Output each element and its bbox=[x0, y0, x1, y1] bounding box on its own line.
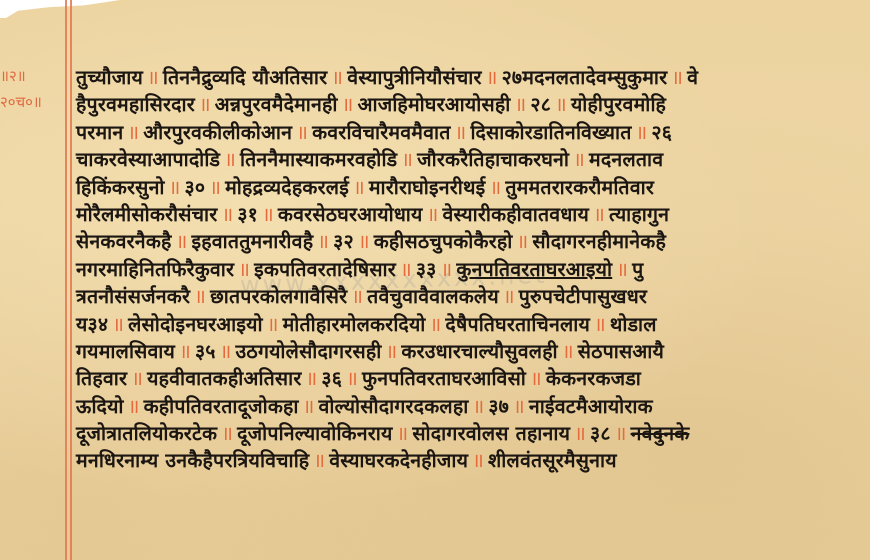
text-line: त्रतनौसंसर्जनकरै॥छातपरकोलगावैसिरै॥तवैचुव… bbox=[76, 283, 870, 310]
verse-number: ३८ bbox=[590, 422, 611, 445]
danda-mark: ॥ bbox=[351, 285, 363, 308]
danda-mark: ॥ bbox=[303, 395, 315, 418]
verse-segment: तिहवार bbox=[76, 367, 127, 390]
danda-mark: ॥ bbox=[441, 258, 453, 281]
verse-segment: फुनपतिवरताघरआविसो bbox=[362, 367, 526, 390]
text-line: नगरमाहिनितफिरैकुवार॥इकपतिवरतादेषिसार॥३३॥… bbox=[76, 256, 870, 283]
verse-segment: कवरविचारैमवमैवात bbox=[312, 121, 450, 144]
verse-segment: नगरमाहिनितफिरैकुवार bbox=[76, 258, 234, 281]
verse-segment: वेस्यापुत्रीनियौसंचार bbox=[347, 66, 482, 89]
verse-segment: तुममतरारकरौमतिवार bbox=[505, 176, 654, 199]
verse-segment: त्याहागुन bbox=[609, 203, 669, 226]
danda-mark: ॥ bbox=[313, 449, 325, 472]
danda-mark: ॥ bbox=[317, 230, 329, 253]
verse-segment: थोडाल bbox=[610, 313, 657, 336]
verse-segment: मदनलताव bbox=[589, 148, 663, 171]
verse-segment: औरपुरवकीलीकोआन bbox=[143, 121, 292, 144]
verse-segment: यहवीवातकहीअतिसार bbox=[147, 367, 301, 390]
danda-mark: ॥ bbox=[486, 66, 498, 89]
text-line: हिकिंकरसुनो॥३०॥मोहद्रव्यदेहकरलई॥मारौराघो… bbox=[76, 174, 870, 201]
verse-segment: वे bbox=[687, 66, 698, 89]
verse-segment: दूजोपनिल्यावोकिनराय bbox=[237, 422, 392, 445]
danda-mark: ॥ bbox=[615, 422, 627, 445]
danda-mark: ॥ bbox=[179, 340, 191, 363]
danda-mark: ॥ bbox=[220, 340, 232, 363]
verse-segment: परमान bbox=[76, 121, 123, 144]
danda-mark: ॥ bbox=[636, 121, 648, 144]
struck-segment: नवेदुनके bbox=[631, 422, 690, 445]
verse-segment: इहवाततुमनारीवहै bbox=[191, 230, 313, 253]
verse-segment: आजहिमोघरआयोसही bbox=[358, 93, 511, 116]
verse-segment: मोरैलमीसोकरौसंचार bbox=[76, 203, 217, 226]
margin-rule-left bbox=[65, 0, 67, 560]
verse-segment: इकपतिवरतादेषिसार bbox=[254, 258, 396, 281]
danda-mark: ॥ bbox=[238, 258, 250, 281]
danda-mark: ॥ bbox=[455, 121, 467, 144]
verse-segment: करउधारचाल्यौसुवलही bbox=[401, 340, 557, 363]
danda-mark: ॥ bbox=[427, 203, 439, 226]
danda-mark: ॥ bbox=[221, 203, 233, 226]
verse-segment: तुच्यौजाय bbox=[76, 66, 143, 89]
folio-number-note: ॥२॥ bbox=[0, 66, 26, 86]
verse-segment: त्रतनौसंसर्जनकरै bbox=[76, 285, 190, 308]
verse-segment: वेस्याघरकदेनहीजाय bbox=[329, 449, 468, 472]
danda-mark: ॥ bbox=[147, 66, 159, 89]
danda-mark: ॥ bbox=[346, 367, 358, 390]
danda-mark: ॥ bbox=[209, 176, 221, 199]
verse-segment: हिकिंकरसुनो bbox=[76, 176, 165, 199]
verse-segment: सेठपासआयै bbox=[578, 340, 664, 363]
danda-mark: ॥ bbox=[593, 203, 605, 226]
verse-segment: छातपरकोलगावैसिरै bbox=[210, 285, 347, 308]
text-line: हैपुरवमहासिरदार॥अन्नपुरवमैदेमानही॥आजहिमो… bbox=[76, 91, 870, 118]
underlined-segment: कुनपतिवरताघरआइयो bbox=[456, 258, 612, 281]
verse-segment: दिसाकोरडातिनविख्यात bbox=[470, 121, 631, 144]
danda-mark: ॥ bbox=[400, 258, 412, 281]
danda-mark: ॥ bbox=[199, 93, 211, 116]
danda-mark: ॥ bbox=[671, 66, 683, 89]
danda-mark: ॥ bbox=[503, 285, 515, 308]
danda-mark: ॥ bbox=[430, 313, 442, 336]
verse-segment: शीलवंतसूरमैसुनाय bbox=[488, 449, 617, 472]
danda-mark: ॥ bbox=[296, 121, 308, 144]
danda-mark: ॥ bbox=[342, 93, 354, 116]
danda-mark: ॥ bbox=[530, 367, 542, 390]
danda-mark: ॥ bbox=[224, 148, 236, 171]
verse-segment: लेसोदोइनघरआइयो bbox=[128, 313, 263, 336]
text-line: दूजोत्रातलियोकरटेक॥दूजोपनिल्यावोकिनराय॥स… bbox=[76, 420, 870, 447]
verse-segment: मारौराघोइनरीथई bbox=[369, 176, 486, 199]
danda-mark: ॥ bbox=[127, 121, 139, 144]
danda-mark: ॥ bbox=[616, 258, 628, 281]
text-line: य३४॥लेसोदोइनघरआइयो॥मोतीहारमोलकरदियो॥देषै… bbox=[76, 311, 870, 338]
verse-segment: वेस्यारीकहीवातवधाय bbox=[442, 203, 589, 226]
danda-mark: ॥ bbox=[396, 422, 408, 445]
folio-side-note: २०च०॥ bbox=[0, 92, 42, 112]
verse-segment: उठगयोलेसौदागरसही bbox=[236, 340, 382, 363]
verse-segment: हैपुरवमहासिरदार bbox=[76, 93, 195, 116]
manuscript-folio: ॥२॥ २०च०॥ www.xxxxxxxxxx.net तुच्यौजाय॥त… bbox=[0, 0, 870, 560]
danda-mark: ॥ bbox=[386, 340, 398, 363]
text-line: मनधिरनाम्य उनकैहैपरत्रियविचाहि॥वेस्याघरक… bbox=[76, 447, 870, 474]
verse-segment: गयमालसिवाय bbox=[76, 340, 175, 363]
text-line: सेनकवरनैकहै॥इहवाततुमनारीवहै॥३२॥कहीसठचुपक… bbox=[76, 228, 870, 255]
verse-segment: सौदागरनहीमानेकहै bbox=[532, 230, 666, 253]
danda-mark: ॥ bbox=[131, 367, 143, 390]
verse-segment: जौरकरैतिहाचाकरघनो bbox=[417, 148, 569, 171]
verse-segment: कहीपतिवरतादूजोकहा bbox=[144, 395, 299, 418]
danda-mark: ॥ bbox=[353, 176, 365, 199]
verse-segment: केकनरकजडा bbox=[546, 367, 641, 390]
verse-segment: मोहद्रव्यदेहकरलई bbox=[225, 176, 349, 199]
danda-mark: ॥ bbox=[594, 313, 606, 336]
danda-mark: ॥ bbox=[176, 230, 188, 253]
text-line: ऊदियो॥कहीपतिवरतादूजोकहा॥वोल्योसौदागरदकलह… bbox=[76, 393, 870, 420]
verse-number: ३७ bbox=[488, 395, 509, 418]
verse-number: ३६ bbox=[321, 367, 342, 390]
text-line: तिहवार॥यहवीवातकहीअतिसार॥३६॥फुनपतिवरताघरआ… bbox=[76, 365, 870, 392]
text-line: तुच्यौजाय॥तिननैद्रुव्यदि यौअतिसार॥वेस्या… bbox=[76, 64, 870, 91]
verse-segment: कहीसठचुपकोकैरहो bbox=[374, 230, 513, 253]
verse-segment: मोतीहारमोलकरदियो bbox=[283, 313, 426, 336]
verse-segment: तिननैद्रुव्यदि यौअतिसार bbox=[163, 66, 327, 89]
danda-mark: ॥ bbox=[358, 230, 370, 253]
verse-number: ३५ bbox=[195, 340, 216, 363]
danda-mark: ॥ bbox=[574, 422, 586, 445]
verse-segment: सेनकवरनैकहै bbox=[76, 230, 172, 253]
manuscript-text: तुच्यौजाय॥तिननैद्रुव्यदि यौअतिसार॥वेस्या… bbox=[76, 64, 870, 475]
verse-segment: योहीपुरवमोहि bbox=[571, 93, 666, 116]
danda-mark: ॥ bbox=[267, 313, 279, 336]
verse-number: २६ bbox=[651, 121, 672, 144]
danda-mark: ॥ bbox=[514, 93, 526, 116]
verse-segment: सोदागरवोलस तहानाय bbox=[412, 422, 570, 445]
danda-mark: ॥ bbox=[472, 449, 484, 472]
verse-segment: मनधिरनाम्य उनकैहैपरत्रियविचाहि bbox=[76, 449, 309, 472]
danda-mark: ॥ bbox=[573, 148, 585, 171]
verse-segment: वोल्योसौदागरदकलहा bbox=[319, 395, 469, 418]
verse-segment: २७मदनलतादेवम्सुकुमार bbox=[502, 66, 668, 89]
verse-segment: पुरुपचेटीपासुखधर bbox=[519, 285, 647, 308]
danda-mark: ॥ bbox=[128, 395, 140, 418]
verse-segment: पु bbox=[632, 258, 643, 281]
verse-segment: ऊदियो bbox=[76, 395, 124, 418]
text-line: चाकरवेस्याआपादोडि॥तिननैमास्याकमरवहोडि॥जौ… bbox=[76, 146, 870, 173]
danda-mark: ॥ bbox=[221, 422, 233, 445]
verse-segment: दूजोत्रातलियोकरटेक bbox=[76, 422, 217, 445]
text-line: गयमालसिवाय॥३५॥उठगयोलेसौदागरसही॥करउधारचाल… bbox=[76, 338, 870, 365]
verse-segment: नाईवटमैआयोराक bbox=[529, 395, 653, 418]
verse-number: ३० bbox=[185, 176, 206, 199]
text-line: मोरैलमीसोकरौसंचार॥३१॥कवरसेठघरआयोधाय॥वेस्… bbox=[76, 201, 870, 228]
danda-mark: ॥ bbox=[513, 395, 525, 418]
torn-paper-edge bbox=[0, 0, 120, 18]
verse-number: ३१ bbox=[237, 203, 258, 226]
danda-mark: ॥ bbox=[562, 340, 574, 363]
danda-mark: ॥ bbox=[112, 313, 124, 336]
danda-mark: ॥ bbox=[401, 148, 413, 171]
verse-number: ३२ bbox=[333, 230, 354, 253]
verse-segment: देषैपतिघरताचिनलाय bbox=[445, 313, 590, 336]
danda-mark: ॥ bbox=[555, 93, 567, 116]
danda-mark: ॥ bbox=[331, 66, 343, 89]
verse-segment: कवरसेठघरआयोधाय bbox=[278, 203, 423, 226]
verse-number: २८ bbox=[530, 93, 551, 116]
verse-segment: तवैचुवावैवालकलेय bbox=[367, 285, 499, 308]
danda-mark: ॥ bbox=[262, 203, 274, 226]
verse-segment: तिननैमास्याकमरवहोडि bbox=[240, 148, 397, 171]
danda-mark: ॥ bbox=[489, 176, 501, 199]
danda-mark: ॥ bbox=[169, 176, 181, 199]
danda-mark: ॥ bbox=[306, 367, 318, 390]
verse-segment: चाकरवेस्याआपादोडि bbox=[76, 148, 220, 171]
danda-mark: ॥ bbox=[472, 395, 484, 418]
danda-mark: ॥ bbox=[516, 230, 528, 253]
verse-segment: अन्नपुरवमैदेमानही bbox=[215, 93, 338, 116]
text-line: परमान॥औरपुरवकीलीकोआन॥कवरविचारैमवमैवात॥दि… bbox=[76, 119, 870, 146]
danda-mark: ॥ bbox=[194, 285, 206, 308]
verse-number: ३३ bbox=[416, 258, 437, 281]
verse-number: य३४ bbox=[76, 313, 108, 336]
margin-rule-right bbox=[70, 0, 72, 560]
